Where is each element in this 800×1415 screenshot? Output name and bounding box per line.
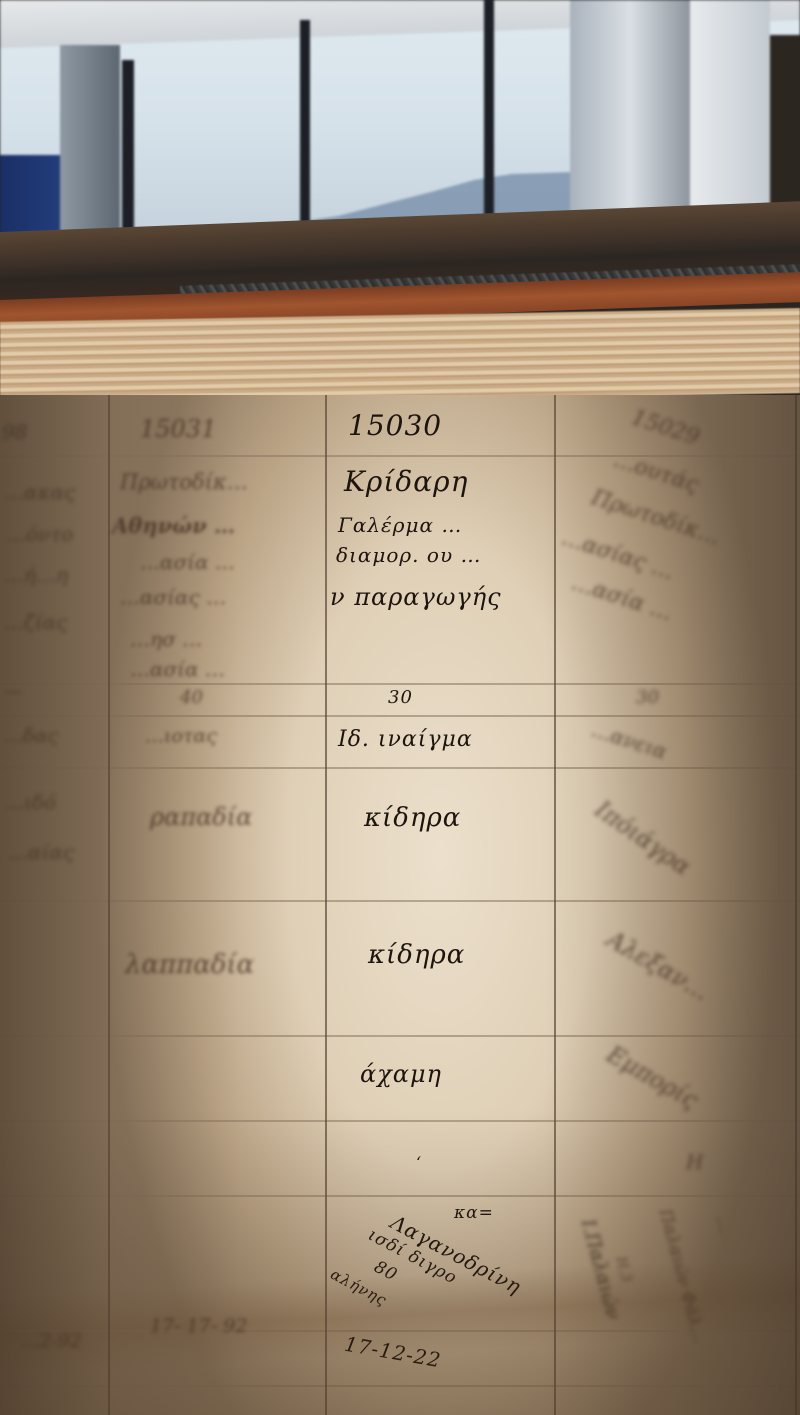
handwritten-amount: 40 (180, 687, 203, 708)
handwritten-line: …ασίας … (120, 585, 226, 609)
handwritten-line: …ησ … (130, 627, 202, 651)
handwritten-line: Αθηνών … (112, 513, 235, 538)
handwritten-note: … (712, 1213, 736, 1235)
handwritten-line: …ασία … (130, 657, 225, 681)
handwritten-line: Ιδ. ιναίγμα (338, 727, 473, 752)
handwritten-line: …ή…η (4, 563, 68, 587)
handwritten-line: …αίας (8, 840, 74, 864)
handwritten-line: ραπαδία (150, 803, 252, 831)
handwritten-date: 17- 17- 92 (150, 1315, 247, 1337)
handwritten-line: άχαμη (360, 1060, 442, 1088)
handwritten-line: …ιδό (4, 790, 56, 814)
handwritten-line: …ασία … (140, 550, 235, 574)
handwritten-amount: 30 (388, 687, 413, 708)
handwritten-line: Αλεξαν… (602, 925, 714, 1006)
handwritten-line: Γαλέρμα … (338, 513, 462, 537)
handwritten-line: διαμορ. ου … (336, 543, 481, 567)
handwritten-line: ν παραγωγής (330, 583, 502, 611)
handwritten-line: κίδηρα (364, 803, 461, 833)
handwritten-line: …ουτάς (610, 447, 701, 498)
handwritten-line: …ακας (4, 480, 75, 504)
handwritten-note: Η.3 (613, 1255, 635, 1284)
handwritten-note: Παλαιών Φάλ… (655, 1207, 710, 1346)
handwritten-line: — (4, 681, 22, 702)
handwritten-note: κα= (454, 1203, 494, 1223)
handwritten-line: Εμπορίς (602, 1040, 703, 1114)
ledger-column-d: 15029 …ουτάς Πρωτοδίκ… …ασίας … …ασία … … (556, 395, 800, 1415)
handwritten-note: 80 (371, 1257, 401, 1286)
window-frame-right (690, 0, 770, 230)
handwritten-line: …δας (4, 725, 58, 747)
handwritten-mark: ‘ (416, 1153, 422, 1172)
handwritten-line: …όντο (6, 522, 73, 546)
entry-number: 15030 (348, 409, 442, 442)
handwritten-line: Ιπόιάγρα (590, 795, 696, 881)
handwritten-line: …ιοτας (145, 725, 217, 747)
column-d-header: 15029 (628, 405, 702, 450)
handwritten-amount: 30 (636, 687, 659, 708)
column-b-header: 15031 (140, 415, 216, 443)
ledger-column-c: 15030 Κρίδαρη Γαλέρμα … διαμορ. ου … ν π… (326, 395, 554, 1415)
handwritten-line: Κρίδαρη (344, 465, 468, 498)
handwritten-line: Πρωτοδίκ… (120, 470, 248, 494)
handwritten-line: …ζίας (4, 610, 67, 634)
handwritten-line: λαππαδία (125, 950, 254, 980)
handwritten-mark: Η (686, 1150, 703, 1174)
page-stack (0, 308, 800, 407)
handwritten-line: κίδηρα (368, 940, 465, 970)
handwritten-date: …2-92 (20, 1330, 82, 1352)
window-frame-right (570, 0, 690, 240)
ledger-column-b: 15031 Πρωτοδίκ… Αθηνών … …ασία … …ασίας … (110, 395, 325, 1415)
handwritten-date: 17-12-22 (343, 1332, 444, 1373)
ledger-page: 98 …ακας …όντο …ή…η …ζίας — …δας …ιδό …α… (0, 395, 800, 1415)
ledger-column-a: 98 …ακας …όντο …ή…η …ζίας — …δας …ιδό …α… (0, 395, 108, 1415)
column-a-header: 98 (2, 420, 27, 444)
handwritten-line: …ανεια (589, 717, 670, 764)
